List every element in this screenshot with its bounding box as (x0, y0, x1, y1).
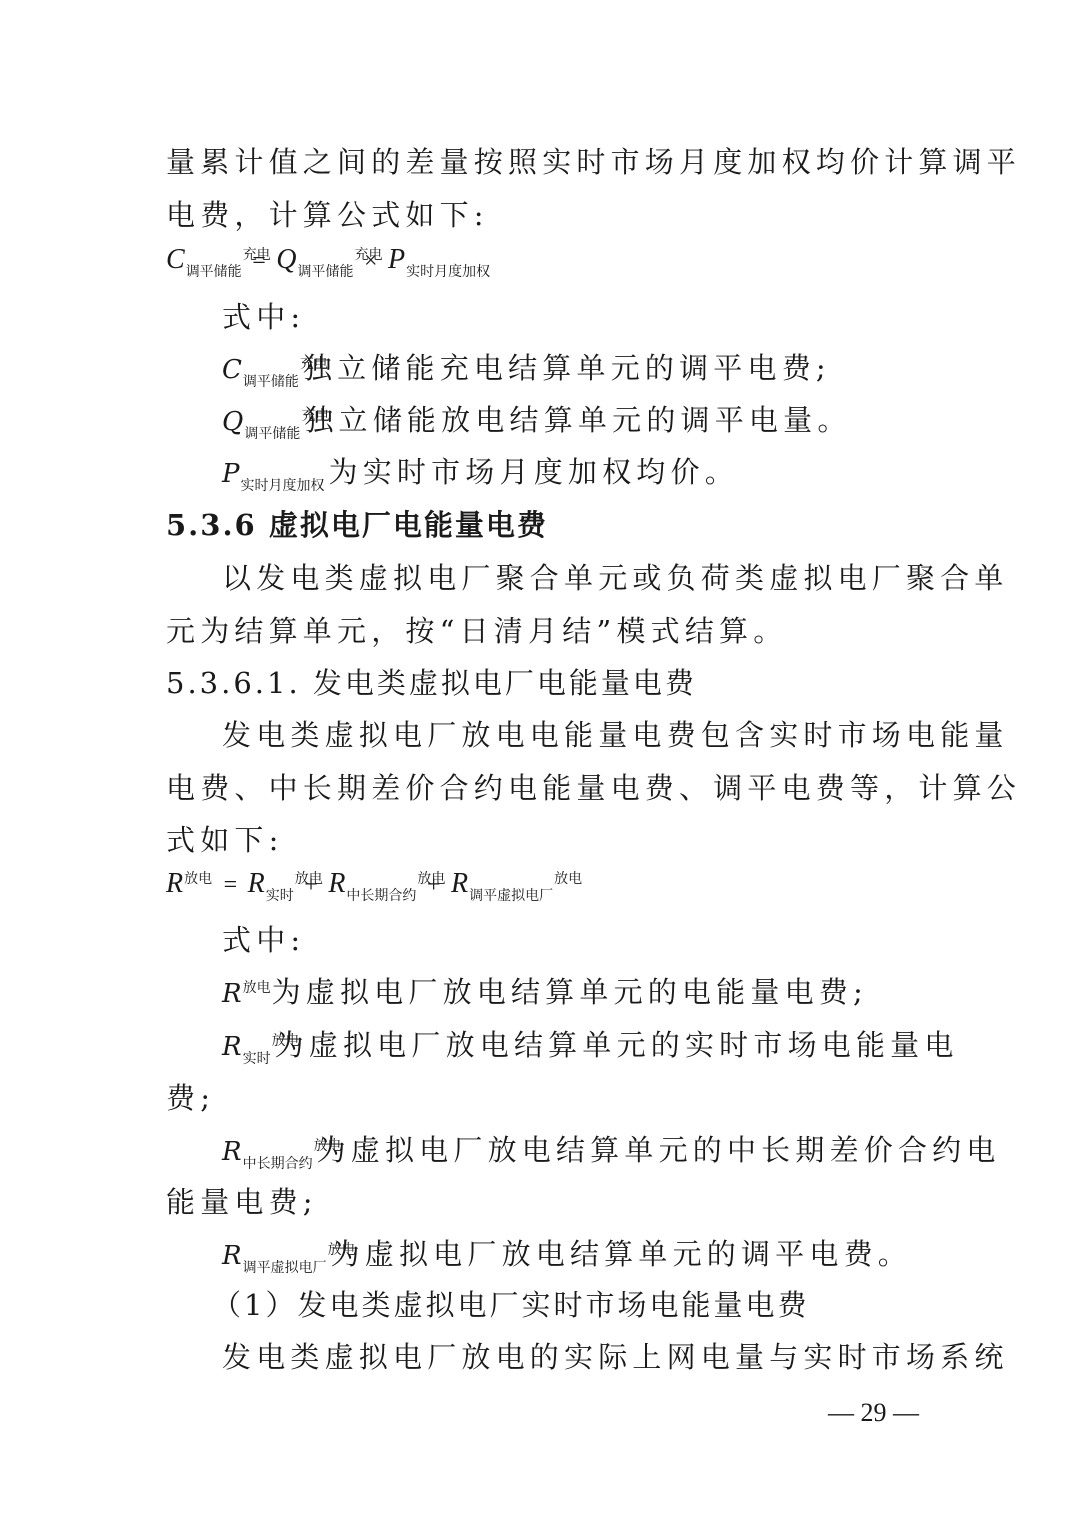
definition-item: Q充电调平储能独立储能放电结算单元的调平电量。 (222, 400, 852, 454)
formula-symbol: R放电实时 (248, 864, 294, 917)
formula-symbol: P实时月度加权 (388, 240, 490, 293)
equals-operator: = (224, 872, 238, 898)
formula-symbol: C充电调平储能 (166, 240, 242, 293)
document-page: 量累计值之间的差量按照实时市场月度加权均价计算调平 电费，计算公式如下: C充电… (0, 0, 1080, 1527)
body-text-line: 发电类虚拟电厂放电电能量电费包含实时市场电能量 (222, 715, 1009, 755)
formula-symbol: Q充电调平储能 (276, 240, 353, 293)
definition-item: P实时月度加权为实时市场月度加权均价。 (222, 452, 739, 506)
where-label: 式中: (222, 920, 305, 960)
definition-item: R放电为虚拟电厂放电结算单元的电能量电费; (222, 972, 868, 1014)
definition-item: R放电调平虚拟电厂为虚拟电厂放电结算单元的调平电费。 (222, 1234, 912, 1288)
section-heading: 5.3.6 虚拟电厂电能量电费 (166, 505, 548, 545)
item-heading: （1）发电类虚拟电厂实时市场电能量电费 (212, 1285, 809, 1325)
formula-vpp-discharge-fee: R放电 = R放电实时 + R放电中长期合约 + R放电调平虚拟电厂 (166, 864, 553, 917)
formula-symbol: R放电调平虚拟电厂 (451, 864, 553, 917)
body-text-line: 式如下: (166, 820, 284, 860)
subsection-heading: 5.3.6.1. 发电类虚拟电厂电能量电费 (166, 663, 697, 703)
formula-symbol: R放电 (166, 864, 183, 904)
body-text-line: 电费，计算公式如下: (166, 195, 489, 235)
formula-symbol: R放电中长期合约 (328, 864, 416, 917)
body-text-line: 电费、中长期差价合约电能量电费、调平电费等，计算公 (166, 768, 1021, 808)
definition-item: R放电实时为虚拟电厂放电结算单元的实时市场电能量电 (222, 1025, 959, 1079)
body-text-line: 元为结算单元，按“日清月结”模式结算。 (166, 611, 787, 651)
page-number: — 29 — (828, 1398, 919, 1428)
definition-item: C充电调平储能独立储能充电结算单元的调平电费; (222, 348, 831, 402)
body-text-line: 以发电类虚拟电厂聚合单元或负荷类虚拟电厂聚合单 (222, 558, 1009, 598)
body-text-line: 量累计值之间的差量按照实时市场月度加权均价计算调平 (166, 142, 1021, 182)
body-text-line: 费; (166, 1078, 215, 1118)
definition-item: R放电中长期合约为虚拟电厂放电结算单元的中长期差价合约电 (222, 1130, 1001, 1184)
body-text-line: 发电类虚拟电厂放电的实际上网电量与实时市场系统 (222, 1337, 1009, 1377)
where-label: 式中: (222, 297, 305, 337)
formula-storage-balancing-fee: C充电调平储能 = Q充电调平储能 × P实时月度加权 (166, 240, 490, 293)
body-text-line: 能量电费; (166, 1182, 318, 1222)
